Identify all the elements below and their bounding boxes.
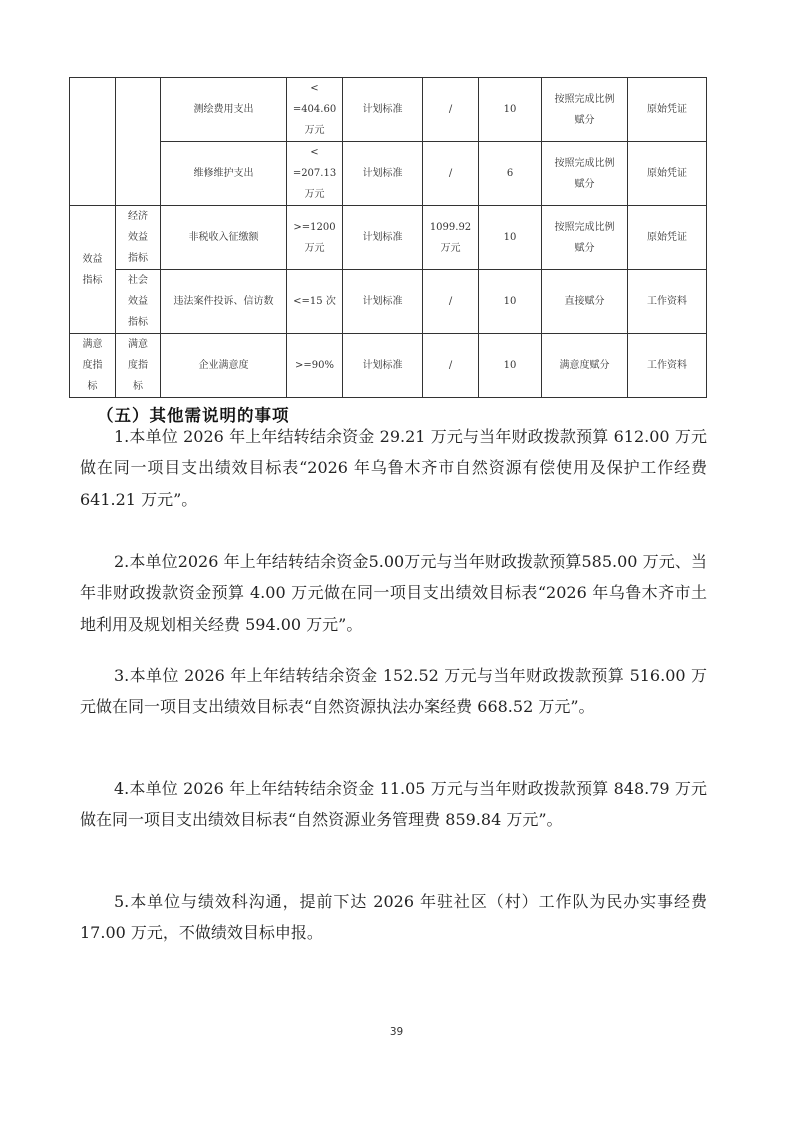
indicator-cell: 企业满意度: [161, 334, 287, 398]
target-cell: <=207.13万元: [287, 142, 343, 206]
target-cell: <=404.60万元: [287, 78, 343, 142]
page-number: 39: [0, 1026, 793, 1038]
level2-cell: 经济效益指标: [116, 206, 161, 270]
score-cell: 10: [479, 206, 542, 270]
indicator-cell: 违法案件投诉、信访数: [161, 270, 287, 334]
score-cell: 10: [479, 270, 542, 334]
table-row: 效益指标 经济效益指标 非税收入征缴额 >=1200万元 计划标准 1099.9…: [70, 206, 707, 270]
table-row: 测绘费用支出 <=404.60万元 计划标准 / 10 按照完成比例赋分 原始凭…: [70, 78, 707, 142]
paragraph-1: 1.本单位 2026 年上年结转结余资金 29.21 万元与当年财政拨款预算 6…: [80, 421, 707, 515]
level1-cell: [70, 78, 116, 206]
indicator-cell: 测绘费用支出: [161, 78, 287, 142]
paragraph-4: 4.本单位 2026 年上年结转结余资金 11.05 万元与当年财政拨款预算 8…: [80, 773, 707, 836]
source-cell: 工作资料: [628, 270, 707, 334]
actual-cell: /: [423, 78, 479, 142]
method-cell: 直接赋分: [542, 270, 628, 334]
target-cell: >=90%: [287, 334, 343, 398]
level1-cell: 满意度指标: [70, 334, 116, 398]
standard-cell: 计划标准: [343, 78, 423, 142]
standard-cell: 计划标准: [343, 206, 423, 270]
paragraph-5: 5.本单位与绩效科沟通，提前下达 2026 年驻社区（村）工作队为民办实事经费 …: [80, 886, 707, 949]
method-cell: 满意度赋分: [542, 334, 628, 398]
indicator-cell: 维修维护支出: [161, 142, 287, 206]
source-cell: 原始凭证: [628, 206, 707, 270]
table-row: 满意度指标 满意度指标 企业满意度 >=90% 计划标准 / 10 满意度赋分 …: [70, 334, 707, 398]
source-cell: 工作资料: [628, 334, 707, 398]
paragraph-2: 2.本单位2026 年上年结转结余资金5.00万元与当年财政拨款预算585.00…: [80, 546, 707, 640]
score-cell: 6: [479, 142, 542, 206]
target-cell: <=15 次: [287, 270, 343, 334]
target-cell: >=1200万元: [287, 206, 343, 270]
standard-cell: 计划标准: [343, 270, 423, 334]
method-cell: 按照完成比例赋分: [542, 78, 628, 142]
actual-cell: /: [423, 334, 479, 398]
actual-cell: 1099.92万元: [423, 206, 479, 270]
table-row: 维修维护支出 <=207.13万元 计划标准 / 6 按照完成比例赋分 原始凭证: [70, 142, 707, 206]
method-cell: 按照完成比例赋分: [542, 206, 628, 270]
performance-table: 测绘费用支出 <=404.60万元 计划标准 / 10 按照完成比例赋分 原始凭…: [69, 77, 707, 398]
standard-cell: 计划标准: [343, 334, 423, 398]
source-cell: 原始凭证: [628, 78, 707, 142]
score-cell: 10: [479, 334, 542, 398]
actual-cell: /: [423, 270, 479, 334]
standard-cell: 计划标准: [343, 142, 423, 206]
level2-cell: [116, 78, 161, 206]
table-row: 社会效益指标 违法案件投诉、信访数 <=15 次 计划标准 / 10 直接赋分 …: [70, 270, 707, 334]
level2-cell: 社会效益指标: [116, 270, 161, 334]
paragraph-3: 3.本单位 2026 年上年结转结余资金 152.52 万元与当年财政拨款预算 …: [80, 660, 707, 723]
method-cell: 按照完成比例赋分: [542, 142, 628, 206]
indicator-cell: 非税收入征缴额: [161, 206, 287, 270]
level1-cell: 效益指标: [70, 206, 116, 334]
source-cell: 原始凭证: [628, 142, 707, 206]
level2-cell: 满意度指标: [116, 334, 161, 398]
score-cell: 10: [479, 78, 542, 142]
actual-cell: /: [423, 142, 479, 206]
